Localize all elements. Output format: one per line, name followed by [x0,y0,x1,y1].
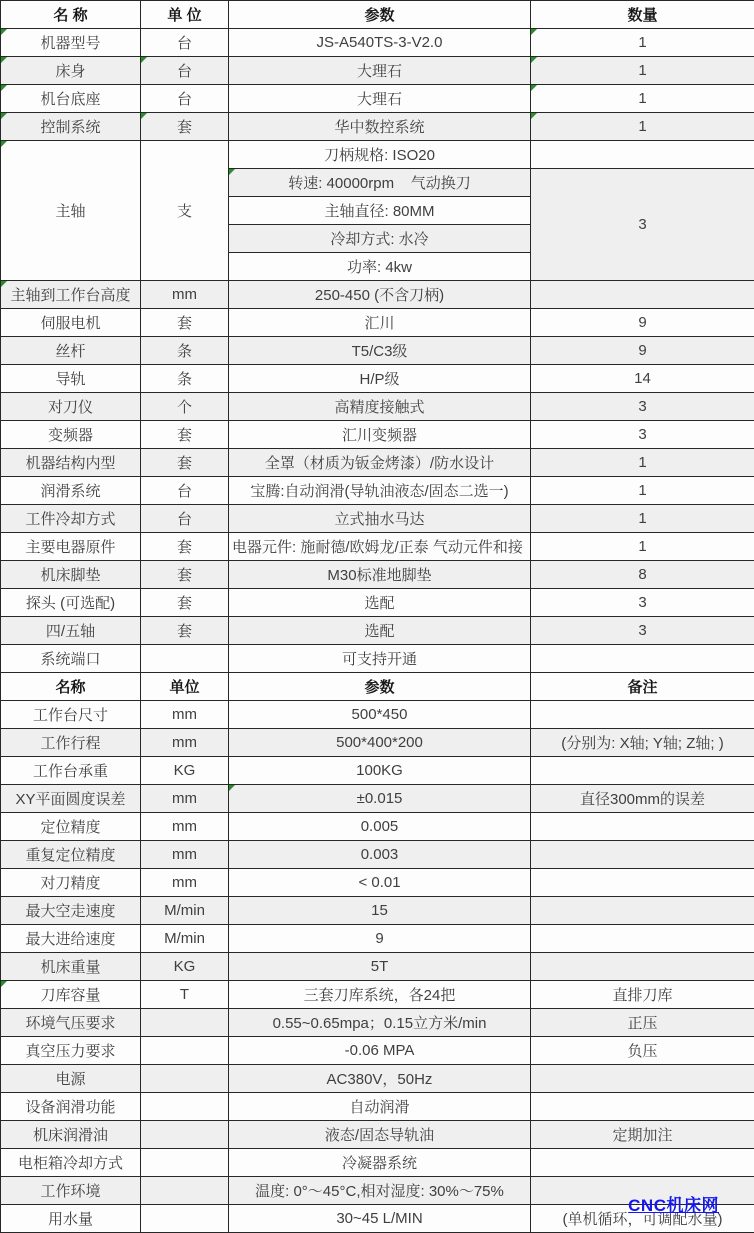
spec-cell: M30标准地脚垫 [229,561,531,589]
table-row: 刀库容量T三套刀库系统，各24把直排刀库 [1,981,754,1009]
table-row: 床身台大理石1 [1,57,754,85]
cell-text: 系统端口 [40,651,100,668]
spec-cell: 套 [141,449,229,477]
cell-text: XY平面圆度误差 [15,791,125,808]
cell-text: 真空压力要求 [25,1043,115,1060]
table-row: 对刀仪个高精度接触式3 [1,393,754,421]
table-row: 机台底座台大理石1 [1,85,754,113]
spec-cell [531,925,754,953]
cell-text: 台 [177,91,192,108]
cell-text: 100KG [356,762,403,779]
cell-text: 0.55~0.65mpa；0.15立方米/min [273,1015,487,1032]
corner-marker-icon [1,141,7,147]
spec-cell: KG [141,757,229,785]
table-row: 丝杆条T5/C3级9 [1,337,754,365]
cell-text: 设备润滑功能 [25,1099,115,1116]
spec-cell: 丝杆 [1,337,141,365]
spec-cell [141,645,229,673]
machine-spec-table: 名 称单 位参数数量机器型号台JS-A540TS-3-V2.01床身台大理石1机… [0,0,754,1233]
table-row: XY平面圆度误差mm±0.015直径300mm的误差 [1,785,754,813]
table-row: 电源AC380V，50Hz [1,1065,754,1093]
cell-text: 30~45 L/MIN [336,1210,422,1227]
table-row: 工件冷却方式台立式抽水马达1 [1,505,754,533]
corner-marker-icon [229,169,235,175]
cell-text: 套 [177,567,192,584]
spec-cell: 1 [531,533,754,561]
cell-text: 定期加注 [612,1127,672,1144]
cell-text: 1 [638,482,646,499]
spec-cell: 500*450 [229,701,531,729]
table-row: 对刀精度mm< 0.01 [1,869,754,897]
spec-cell: 电器元件: 施耐德/欧姆龙/正泰 气动元件和接 [229,533,531,561]
cell-text: 转速: 40000rpm 气动换刀 [288,175,471,192]
spec-cell: 套 [141,617,229,645]
cell-text: 工件冷却方式 [25,511,115,528]
cell-text: mm [172,790,197,807]
cell-text: 刀库容量 [40,987,100,1004]
corner-marker-icon [1,57,7,63]
cell-text: 条 [177,343,192,360]
spec-cell: 立式抽水马达 [229,505,531,533]
spec-cell: 液态/固态导轨油 [229,1121,531,1149]
cell-text: 主轴 [55,203,85,220]
corner-marker-icon [531,57,537,63]
spec-cell: ±0.015 [229,785,531,813]
spec-cell: < 0.01 [229,869,531,897]
cell-text: 最大进给速度 [25,931,115,948]
cell-text: 华中数控系统 [334,119,424,136]
spec-cell: 最大进给速度 [1,925,141,953]
spec-cell [531,757,754,785]
cell-text: 1 [638,90,646,107]
cell-text: KG [174,958,196,975]
cell-text: 对刀精度 [40,875,100,892]
cell-text: 选配 [364,623,394,640]
cell-text: 机床重量 [40,959,100,976]
cell-text: 3 [638,622,646,639]
cell-text: M/min [164,930,205,947]
spec-cell [531,1065,754,1093]
spec-cell [141,1121,229,1149]
cell-text: 台 [177,35,192,52]
cell-text: 0.005 [361,818,399,835]
cell-text: 台 [177,511,192,528]
spec-cell: 9 [531,309,754,337]
spec-cell: 直径300mm的误差 [531,785,754,813]
cell-text: 个 [177,399,192,416]
cell-text: 台 [177,63,192,80]
spec-cell: mm [141,813,229,841]
corner-marker-icon [1,113,7,119]
cell-text: 选配 [364,595,394,612]
spec-cell: 对刀精度 [1,869,141,897]
table-row: 机床重量KG5T [1,953,754,981]
cell-text: M30标准地脚垫 [327,567,431,584]
column-header-label: 名 称 [53,7,87,24]
table-row: 系统端口可支持开通 [1,645,754,673]
spec-cell: 台 [141,85,229,113]
cell-text: 台 [177,483,192,500]
cell-text: 工作环境 [40,1183,100,1200]
cell-text: 定位精度 [40,819,100,836]
spec-cell: 润滑系统 [1,477,141,505]
cell-text: 3 [638,426,646,443]
table-row: 机床润滑油液态/固态导轨油定期加注 [1,1121,754,1149]
spec-cell: 重复定位精度 [1,841,141,869]
spec-cell: 最大空走速度 [1,897,141,925]
spec-cell: 冷凝器系统 [229,1149,531,1177]
spec-cell: 工作环境 [1,1177,141,1205]
spec-cell: 导轨 [1,365,141,393]
spec-cell: M/min [141,897,229,925]
spec-cell: 真空压力要求 [1,1037,141,1065]
corner-marker-icon [1,281,7,287]
table-row: 最大进给速度M/min9 [1,925,754,953]
spec-cell: 功率: 4kw [229,253,531,281]
cell-text: 温度: 0°～45°C,相对湿度: 30%～75% [255,1183,504,1200]
cell-text: 四/五轴 [46,623,95,640]
spec-cell [531,897,754,925]
cell-text: 大理石 [357,91,402,108]
spec-cell: 定期加注 [531,1121,754,1149]
spec-cell: 选配 [229,617,531,645]
spec-cell: 个 [141,393,229,421]
cell-text: 导轨 [55,371,85,388]
table-row: 工作台承重KG100KG [1,757,754,785]
spec-cell: 台 [141,57,229,85]
cell-text: mm [172,706,197,723]
cell-text: 套 [177,539,192,556]
spec-cell: 四/五轴 [1,617,141,645]
spec-cell: 设备润滑功能 [1,1093,141,1121]
table-row: 机器结构内型套全罩（材质为钣金烤漆）/防水设计1 [1,449,754,477]
corner-marker-icon [141,113,147,119]
cell-text: JS-A540TS-3-V2.0 [317,34,443,51]
cnc-watermark-link[interactable]: CNC机床网 [628,1191,719,1216]
spec-cell: 定位精度 [1,813,141,841]
spec-cell: 系统端口 [1,645,141,673]
spec-cell: KG [141,953,229,981]
cell-text: 套 [177,455,192,472]
spec-cell: -0.06 MPA [229,1037,531,1065]
spec-cell [531,869,754,897]
cell-text: 高精度接触式 [334,399,424,416]
column-header-label: 参数 [364,7,394,24]
column-header: 参数 [229,673,531,701]
cell-text: 重复定位精度 [25,847,115,864]
table-row: 环境气压要求0.55~0.65mpa；0.15立方米/min正压 [1,1009,754,1037]
corner-marker-icon [1,85,7,91]
spec-cell: 选配 [229,589,531,617]
spec-cell: 主轴直径: 80MM [229,197,531,225]
cell-text: T5/C3级 [352,343,408,360]
cell-text: 变频器 [48,427,93,444]
spec-cell: 对刀仪 [1,393,141,421]
header-row: 名 称单 位参数数量 [1,1,754,29]
spec-cell: 刀库容量 [1,981,141,1009]
cell-text: 250-450 (不含刀柄) [315,287,444,304]
cell-text: 工作行程 [40,735,100,752]
spec-cell [531,953,754,981]
spec-cell: (分别为: X轴; Y轴; Z轴; ) [531,729,754,757]
table-row: 主轴支刀柄规格: ISO20 [1,141,754,169]
spec-cell: mm [141,701,229,729]
cell-text: 9 [638,342,646,359]
spec-cell: 机床脚垫 [1,561,141,589]
spec-cell: 套 [141,561,229,589]
cell-text: 用水量 [48,1211,93,1228]
spec-cell: 正压 [531,1009,754,1037]
column-header-label: 参数 [364,679,394,696]
table-row: 设备润滑功能自动润滑 [1,1093,754,1121]
spec-cell: 5T [229,953,531,981]
cell-text: 15 [371,902,388,919]
column-header: 名称 [1,673,141,701]
table-row: 定位精度mm0.005 [1,813,754,841]
spec-cell: 8 [531,561,754,589]
spec-cell: 条 [141,337,229,365]
spec-cell [531,281,754,309]
spec-cell: T5/C3级 [229,337,531,365]
spec-cell: 工件冷却方式 [1,505,141,533]
column-header: 备注 [531,673,754,701]
cell-text: 负压 [627,1043,657,1060]
cell-text: T [180,986,189,1003]
corner-marker-icon [1,29,7,35]
cell-text: 机器结构内型 [25,455,115,472]
cell-text: 主要电器原件 [25,539,115,556]
table-row: 变频器套汇川变频器3 [1,421,754,449]
cell-text: KG [174,762,196,779]
spec-cell: 高精度接触式 [229,393,531,421]
spec-cell: 机床重量 [1,953,141,981]
cell-text: 1 [638,118,646,135]
spec-cell: 宝腾:自动润滑(导轨油液态/固态二选一) [229,477,531,505]
cell-text: 电源 [55,1071,85,1088]
cell-text: 冷却方式: 水冷 [330,231,428,248]
spec-cell: 1 [531,449,754,477]
cell-text: 立式抽水马达 [334,511,424,528]
spec-cell: JS-A540TS-3-V2.0 [229,29,531,57]
spec-cell: 套 [141,533,229,561]
spec-cell: 套 [141,421,229,449]
spec-cell: 直排刀库 [531,981,754,1009]
spec-cell: H/P级 [229,365,531,393]
spec-cell [531,701,754,729]
spec-cell: 转速: 40000rpm 气动换刀 [229,169,531,197]
cell-text: 8 [638,566,646,583]
spec-cell: XY平面圆度误差 [1,785,141,813]
cell-text: 汇川 [364,315,394,332]
cell-text: AC380V，50Hz [327,1071,433,1088]
cell-text: ±0.015 [357,790,403,807]
cell-text: M/min [164,902,205,919]
cell-text: 1 [638,538,646,555]
spec-cell: 条 [141,365,229,393]
spec-cell: 1 [531,57,754,85]
cell-text: 5T [371,958,389,975]
table-row: 机床脚垫套M30标准地脚垫8 [1,561,754,589]
spec-cell: 汇川变频器 [229,421,531,449]
table-row: 电柜箱冷却方式冷凝器系统 [1,1149,754,1177]
cell-text: 1 [638,62,646,79]
table-row: 重复定位精度mm0.003 [1,841,754,869]
cell-text: 1 [638,510,646,527]
cell-text: 主轴直径: 80MM [324,203,434,220]
spec-cell: 可支持开通 [229,645,531,673]
spec-cell [141,1065,229,1093]
cell-text: 工作台承重 [33,763,108,780]
spec-cell: 3 [531,617,754,645]
spec-cell: mm [141,729,229,757]
spec-table-body: 名 称单 位参数数量机器型号台JS-A540TS-3-V2.01床身台大理石1机… [1,1,754,1233]
table-row: 最大空走速度M/min15 [1,897,754,925]
cell-text: 3 [638,594,646,611]
spec-cell: 机床润滑油 [1,1121,141,1149]
cell-text: 工作台尺寸 [33,707,108,724]
spec-cell: 0.55~0.65mpa；0.15立方米/min [229,1009,531,1037]
corner-marker-icon [531,29,537,35]
cell-text: 最大空走速度 [25,903,115,920]
cell-text: 支 [177,203,192,220]
spec-cell: 套 [141,589,229,617]
column-header: 名 称 [1,1,141,29]
spec-cell: 0.003 [229,841,531,869]
cell-text: 9 [375,930,383,947]
table-row: 控制系统套华中数控系统1 [1,113,754,141]
spec-cell: 3 [531,421,754,449]
cell-text: 1 [638,454,646,471]
spec-cell: 全罩（材质为钣金烤漆）/防水设计 [229,449,531,477]
column-header: 参数 [229,1,531,29]
spec-cell [141,1009,229,1037]
cell-text: 汇川变频器 [342,427,417,444]
cell-text: 大理石 [357,63,402,80]
spec-cell: 9 [531,337,754,365]
cell-text: 1 [638,34,646,51]
spec-cell: 温度: 0°～45°C,相对湿度: 30%～75% [229,1177,531,1205]
spec-cell: 台 [141,505,229,533]
spec-cell [141,1037,229,1065]
spec-cell [531,841,754,869]
cell-text: 套 [177,595,192,612]
cell-text: < 0.01 [358,874,400,891]
cell-text: 探头 (可选配) [26,595,115,612]
spec-cell: 刀柄规格: ISO20 [229,141,531,169]
spec-cell: 100KG [229,757,531,785]
spec-cell [531,813,754,841]
spec-cell: 三套刀库系统，各24把 [229,981,531,1009]
spec-cell: 1 [531,113,754,141]
spec-cell: mm [141,869,229,897]
cell-text: 机器型号 [40,35,100,52]
spec-cell: mm [141,785,229,813]
spec-cell: 台 [141,477,229,505]
cell-text: 可支持开通 [342,651,417,668]
table-row: 主轴到工作台高度mm250-450 (不含刀柄) [1,281,754,309]
spec-cell [531,1093,754,1121]
spec-cell: 套 [141,309,229,337]
cell-text: 环境气压要求 [25,1015,115,1032]
column-header-label: 备注 [627,679,657,696]
spec-cell: 电源 [1,1065,141,1093]
spec-cell [141,1093,229,1121]
spec-cell: 电柜箱冷却方式 [1,1149,141,1177]
cell-text: mm [172,286,197,303]
spec-cell: T [141,981,229,1009]
table-row: 机器型号台JS-A540TS-3-V2.01 [1,29,754,57]
cell-text: mm [172,734,197,751]
spec-cell: 工作台尺寸 [1,701,141,729]
cell-text: 套 [177,427,192,444]
cell-text: 丝杆 [55,343,85,360]
cell-text: 对刀仪 [48,399,93,416]
spec-cell: 自动润滑 [229,1093,531,1121]
spec-cell: 3 [531,169,754,281]
table-row: 润滑系统台宝腾:自动润滑(导轨油液态/固态二选一)1 [1,477,754,505]
cell-text: 三套刀库系统，各24把 [304,987,456,1004]
spec-cell: 伺服电机 [1,309,141,337]
cell-text: 液态/固态导轨油 [325,1127,434,1144]
cell-text: 500*450 [352,706,408,723]
spec-cell: 负压 [531,1037,754,1065]
cell-text: 润滑系统 [40,483,100,500]
spec-cell: 变频器 [1,421,141,449]
spec-cell [531,141,754,169]
spec-cell: 大理石 [229,57,531,85]
cell-text: 9 [638,314,646,331]
table-row: 伺服电机套汇川9 [1,309,754,337]
table-row: 工作台尺寸mm500*450 [1,701,754,729]
cell-text: 直径300mm的误差 [580,791,705,808]
spec-cell: mm [141,841,229,869]
cell-text: 机床润滑油 [33,1127,108,1144]
spec-cell: 1 [531,85,754,113]
cell-text: 功率: 4kw [347,259,412,276]
spec-cell: 1 [531,505,754,533]
spec-cell: mm [141,281,229,309]
spec-cell [141,1205,229,1233]
cell-text: 条 [177,371,192,388]
spec-cell: 冷却方式: 水冷 [229,225,531,253]
cell-text: 直排刀库 [612,987,672,1004]
column-header: 数量 [531,1,754,29]
cell-text: H/P级 [359,371,399,388]
cell-text: 主轴到工作台高度 [10,287,130,304]
corner-marker-icon [141,57,147,63]
cell-text: 套 [177,315,192,332]
table-row: 真空压力要求-0.06 MPA负压 [1,1037,754,1065]
spec-cell: 环境气压要求 [1,1009,141,1037]
spec-cell: 15 [229,897,531,925]
cell-text: 床身 [55,63,85,80]
spec-cell: 主轴到工作台高度 [1,281,141,309]
spec-cell [531,645,754,673]
spec-cell: 支 [141,141,229,281]
corner-marker-icon [229,785,235,791]
spec-cell: 主要电器原件 [1,533,141,561]
spec-cell: 华中数控系统 [229,113,531,141]
spec-cell: 30~45 L/MIN [229,1205,531,1233]
cell-text: 0.003 [361,846,399,863]
spec-cell [141,1177,229,1205]
cell-text: 机床脚垫 [40,567,100,584]
table-row: 工作行程mm500*400*200(分别为: X轴; Y轴; Z轴; ) [1,729,754,757]
spec-cell: M/min [141,925,229,953]
table-row: 主要电器原件套电器元件: 施耐德/欧姆龙/正泰 气动元件和接1 [1,533,754,561]
cell-text: mm [172,818,197,835]
spec-cell: 1 [531,477,754,505]
